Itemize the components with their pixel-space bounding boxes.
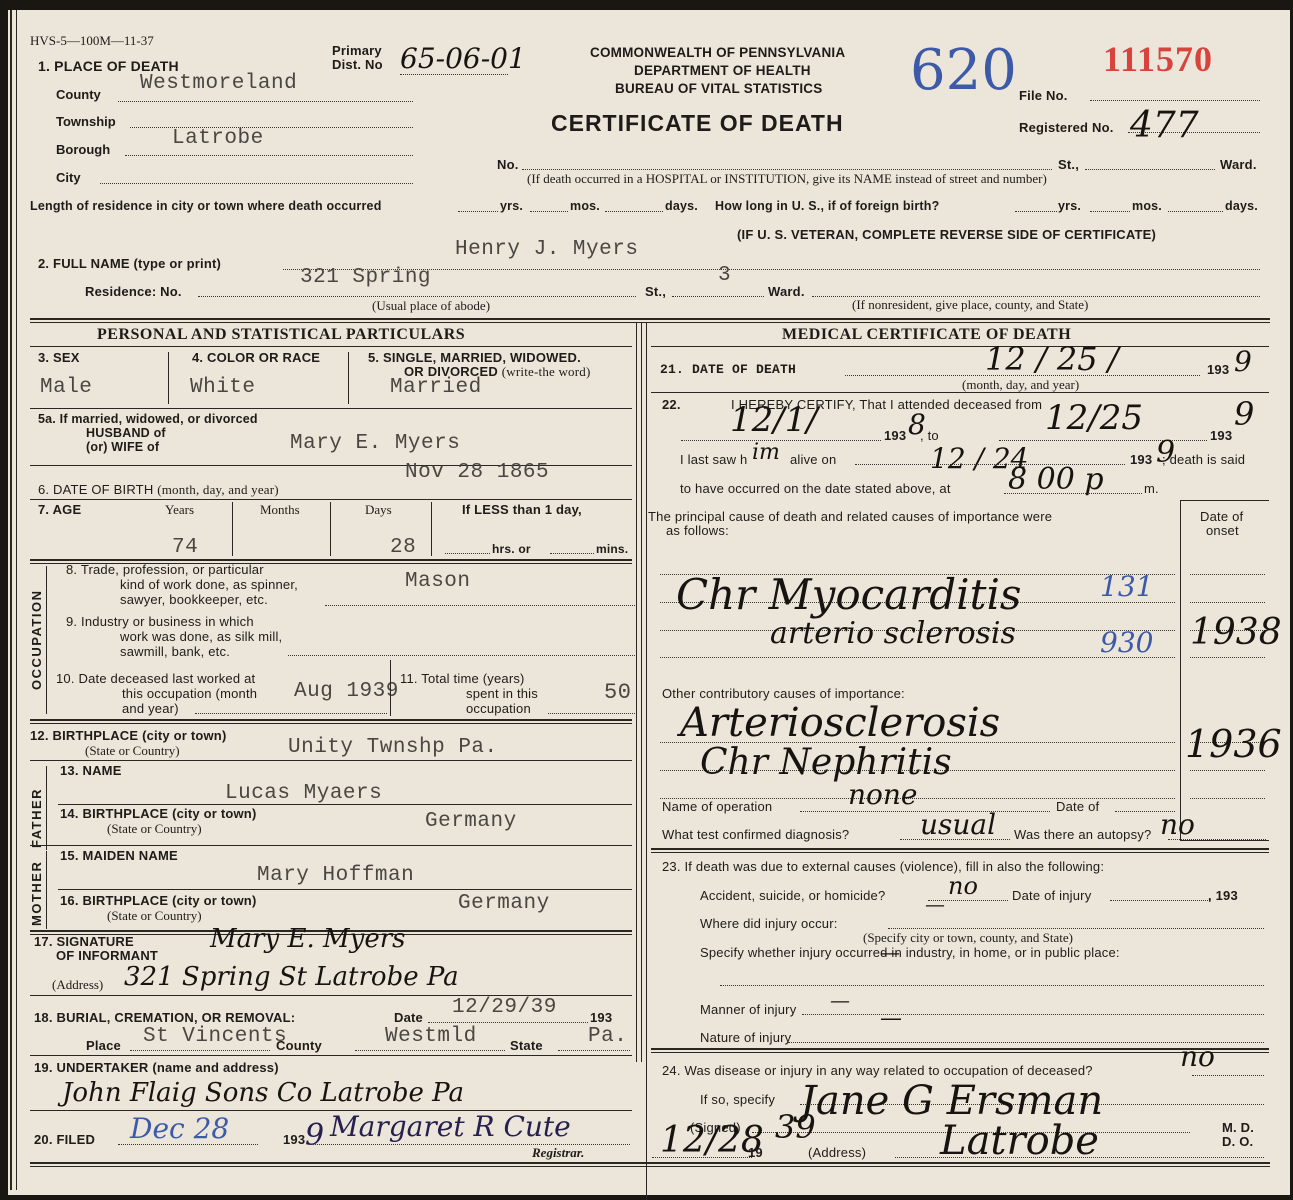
residence-ward-line bbox=[672, 296, 764, 297]
form-code: HVS-5—100M—11-37 bbox=[30, 33, 154, 49]
mother-birthplace-label: 16. BIRTHPLACE (city or town) bbox=[60, 893, 256, 908]
certify-number: 22. bbox=[662, 397, 681, 412]
onset-line-2 bbox=[1190, 602, 1265, 603]
res-days-line bbox=[605, 211, 663, 212]
industry-label: 9. Industry or business in which work wa… bbox=[66, 614, 282, 659]
cause-line-1-value: Chr Myocarditis bbox=[676, 570, 1021, 619]
father-side-label: FATHER bbox=[29, 788, 44, 848]
residence-value: 321 Spring bbox=[300, 266, 431, 289]
undertaker-label-text: 19. UNDERTAKER (name and address) bbox=[34, 1060, 279, 1075]
res-days-label: days. bbox=[665, 199, 698, 213]
from-year-prefix: 193 bbox=[884, 428, 906, 443]
death-said-label: ; death is said bbox=[1162, 452, 1245, 467]
rule bbox=[46, 766, 47, 850]
father-birthplace-label: 14. BIRTHPLACE (city or town) bbox=[60, 806, 256, 821]
burial-county-value: Westmld bbox=[385, 1025, 477, 1048]
trade-value: Mason bbox=[405, 570, 471, 593]
borough-label: Borough bbox=[56, 142, 110, 157]
residence-ward-label: Ward. bbox=[768, 284, 805, 299]
informant-label: 17. SIGNATURE OF INFORMANT bbox=[34, 935, 158, 963]
rule bbox=[651, 848, 1269, 853]
rule bbox=[390, 660, 391, 716]
rule bbox=[1180, 500, 1269, 501]
trade-label: 8. Trade, profession, or particular kind… bbox=[66, 562, 298, 607]
father-birthplace-label-2: (State or Country) bbox=[107, 821, 202, 837]
birthplace-label-1: 12. BIRTHPLACE (city or town) bbox=[30, 728, 226, 743]
nonresident-note: (If nonresident, give place, county, and… bbox=[852, 297, 1088, 313]
age-label: 7. AGE bbox=[38, 502, 81, 517]
husband-of-label: HUSBAND of bbox=[86, 426, 166, 440]
total-time-label: 11. Total time (years) spent in this occ… bbox=[400, 671, 538, 716]
mother-side-label: MOTHER bbox=[29, 861, 44, 926]
dob-label-text: 6. DATE OF BIRTH bbox=[38, 482, 153, 497]
age-days-label: Days bbox=[365, 502, 392, 518]
external-causes-label: 23. If death was due to external causes … bbox=[662, 859, 1104, 874]
res-mos-label: mos. bbox=[570, 199, 600, 213]
rule bbox=[30, 1055, 632, 1056]
residence-label: Residence: No. bbox=[85, 284, 182, 299]
onset-header-1: Date of bbox=[1200, 509, 1243, 524]
street-ward-label: Ward. bbox=[1220, 157, 1257, 172]
burial-date-label: Date bbox=[394, 1010, 423, 1025]
header-bureau: BUREAU OF VITAL STATISTICS bbox=[615, 81, 822, 96]
physician-address-label: (Address) bbox=[808, 1145, 866, 1160]
industry-label-1: 9. Industry or business in which bbox=[66, 614, 282, 629]
dob-label: 6. DATE OF BIRTH (month, day, and year) bbox=[38, 482, 279, 498]
street-no-label: No. bbox=[497, 157, 519, 172]
trade-label-2: kind of work done, as spinner, bbox=[66, 577, 298, 592]
specify-place-value: — bbox=[880, 940, 900, 964]
less-than-day-label: If LESS than 1 day, bbox=[462, 502, 582, 517]
county-value: Westmoreland bbox=[140, 72, 297, 95]
total-time-value: 50 bbox=[604, 680, 631, 705]
header-commonwealth: COMMONWEALTH OF PENNSYLVANIA bbox=[590, 45, 845, 60]
total-time-label-2: spent in this bbox=[400, 686, 538, 701]
rule bbox=[30, 346, 632, 347]
file-no-label: File No. bbox=[1019, 88, 1068, 103]
burial-county-label: County bbox=[276, 1038, 322, 1053]
birthplace-label-2: (State or Country) bbox=[85, 743, 180, 759]
spouse-label: 5a. If married, widowed, or divorced bbox=[38, 412, 258, 426]
cause-code-1: 131 bbox=[1100, 570, 1153, 603]
last-worked-label-1: 10. Date deceased last worked at bbox=[56, 671, 257, 686]
burial-place-value: St Vincents bbox=[143, 1025, 287, 1048]
test-value: usual bbox=[920, 808, 996, 841]
rule bbox=[30, 499, 632, 500]
last-worked-value: Aug 1939 bbox=[294, 680, 399, 703]
dod-year-suffix: 9 bbox=[1234, 345, 1252, 378]
occupation-related-value: no bbox=[1180, 1040, 1215, 1073]
veteran-note: (IF U. S. VETERAN, COMPLETE REVERSE SIDE… bbox=[737, 227, 1156, 242]
us-yrs-line bbox=[1015, 211, 1057, 212]
primary-label: Primary bbox=[332, 44, 383, 58]
dist-no-label: Dist. No bbox=[332, 58, 383, 72]
date-of-death-value: 12 / 25 / bbox=[985, 340, 1119, 378]
undertaker-label: 19. UNDERTAKER (name and address) bbox=[34, 1060, 279, 1075]
autopsy-label: Was there an autopsy? bbox=[1014, 827, 1151, 842]
attended-to-value: 12/25 bbox=[1045, 398, 1143, 438]
mother-birthplace-label-2: (State or Country) bbox=[107, 908, 202, 924]
column-divider-left bbox=[636, 322, 637, 1062]
sign-year-prefix: 19 bbox=[748, 1145, 763, 1160]
rule bbox=[30, 719, 632, 724]
contributory-onset-value: 1936 bbox=[1185, 722, 1282, 766]
burial-county-line bbox=[355, 1050, 505, 1051]
total-time-label-1: 11. Total time (years) bbox=[400, 671, 538, 686]
onset-column-divider bbox=[1180, 500, 1181, 840]
where-injury-label: Where did injury occur: bbox=[700, 916, 838, 931]
father-name-label: 13. NAME bbox=[60, 763, 122, 778]
injury-date-line bbox=[1110, 900, 1210, 901]
undertaker-signature: John Flaig Sons Co Latrobe Pa bbox=[62, 1078, 464, 1108]
age-years-label: Years bbox=[165, 502, 194, 518]
filed-year-suffix: 9 bbox=[305, 1118, 324, 1153]
specify-place-line bbox=[720, 985, 1264, 986]
operation-value: none bbox=[848, 778, 918, 811]
onset-line-4 bbox=[1190, 657, 1265, 658]
residence-line bbox=[198, 296, 636, 297]
residence-length-label: Length of residence in city or town wher… bbox=[30, 199, 382, 213]
res-yrs-label: yrs. bbox=[500, 199, 523, 213]
burial-date-value: 12/29/39 bbox=[452, 996, 557, 1019]
rule bbox=[58, 889, 632, 890]
rule bbox=[651, 346, 1269, 347]
total-time-line bbox=[548, 713, 635, 714]
dob-value: Nov 28 1865 bbox=[405, 461, 549, 484]
father-name-value: Lucas Myaers bbox=[225, 782, 382, 805]
dod-note: (month, day, and year) bbox=[962, 377, 1079, 393]
industry-line bbox=[288, 655, 635, 656]
trade-label-3: sawyer, bookkeeper, etc. bbox=[66, 592, 298, 607]
test-label: What test confirmed diagnosis? bbox=[662, 827, 849, 842]
dod-year-prefix: 193 bbox=[1207, 362, 1229, 377]
burial-label: 18. BURIAL, CREMATION, OR REMOVAL: bbox=[34, 1010, 295, 1025]
autopsy-value: no bbox=[1160, 808, 1195, 841]
manner-injury-label: Manner of injury bbox=[700, 1002, 796, 1017]
burial-state-line bbox=[558, 1050, 630, 1051]
marital-label: 5. SINGLE, MARRIED, WIDOWED. bbox=[368, 350, 581, 365]
burial-year-prefix: 193 bbox=[590, 1010, 612, 1025]
rule bbox=[431, 502, 432, 556]
column-divider-outer bbox=[646, 322, 647, 1200]
hrs-line bbox=[445, 553, 490, 554]
us-days-line bbox=[1168, 211, 1223, 212]
city-line bbox=[100, 183, 413, 184]
time-of-death-value: 8 00 p bbox=[1008, 462, 1104, 497]
cause-line-2-value: arterio sclerosis bbox=[770, 616, 1016, 651]
burial-place-line bbox=[130, 1050, 270, 1051]
rule bbox=[46, 851, 47, 929]
hrs-label: hrs. or bbox=[492, 542, 531, 556]
burial-date-line bbox=[428, 1022, 588, 1023]
file-no-line bbox=[1090, 100, 1260, 101]
trade-line bbox=[325, 605, 635, 606]
trade-label-1: 8. Trade, profession, or particular bbox=[66, 562, 298, 577]
operation-date-label: Date of bbox=[1056, 799, 1099, 814]
burial-state-label: State bbox=[510, 1038, 543, 1053]
last-worked-label: 10. Date deceased last worked at this oc… bbox=[56, 671, 257, 716]
city-label: City bbox=[56, 170, 81, 185]
informant-label-1: 17. SIGNATURE bbox=[34, 935, 158, 949]
occupation-side-label: OCCUPATION bbox=[29, 590, 44, 690]
birthplace-label: 12. BIRTHPLACE (city or town) bbox=[30, 728, 226, 743]
attended-from-line bbox=[681, 440, 881, 441]
accident-value: no bbox=[948, 872, 978, 900]
physician-address-value: Latrobe bbox=[940, 1118, 1099, 1164]
manner-injury-line bbox=[802, 1014, 1264, 1015]
borough-value: Latrobe bbox=[172, 127, 264, 150]
registrar-label: Registrar. bbox=[532, 1145, 584, 1161]
us-days-label: days. bbox=[1225, 199, 1258, 213]
us-yrs-label: yrs. bbox=[1058, 199, 1081, 213]
age-months-label: Months bbox=[260, 502, 300, 518]
sign-year-suffix: 39 bbox=[775, 1108, 816, 1146]
rule bbox=[30, 760, 632, 761]
filed-year-prefix: 193 bbox=[283, 1132, 305, 1147]
street-line bbox=[522, 169, 1052, 170]
full-name-label: 2. FULL NAME (type or print) bbox=[38, 256, 221, 271]
informant-label-2: OF INFORMANT bbox=[34, 949, 158, 963]
mother-name-label: 15. MAIDEN NAME bbox=[60, 848, 178, 863]
section-divider bbox=[30, 318, 1270, 323]
to-year-suffix: 9 bbox=[1234, 395, 1254, 433]
manner-injury-value: — bbox=[830, 988, 850, 1012]
dob-note: (month, day, and year) bbox=[157, 482, 279, 497]
race-label: 4. COLOR OR RACE bbox=[192, 350, 320, 365]
rule bbox=[651, 392, 1269, 393]
abode-note: (Usual place of abode) bbox=[372, 298, 490, 314]
contributory-line-1-value: Arteriosclerosis bbox=[680, 700, 1000, 746]
where-injury-line bbox=[888, 928, 1264, 929]
column-divider-right bbox=[641, 322, 642, 1062]
last-worked-label-2: this occupation (month bbox=[56, 686, 257, 701]
industry-label-3: sawmill, bank, etc. bbox=[66, 644, 282, 659]
rule bbox=[348, 352, 349, 404]
rule bbox=[30, 408, 632, 409]
rule bbox=[330, 502, 331, 556]
mins-label: mins. bbox=[596, 542, 628, 556]
primary-dist-label: Primary Dist. No bbox=[332, 44, 383, 72]
borough-line bbox=[125, 155, 413, 156]
to-label: , to bbox=[920, 428, 939, 443]
md-label: M. D. bbox=[1222, 1120, 1254, 1135]
contributory-label: Other contributory causes of importance: bbox=[662, 686, 905, 701]
marital-value: Married bbox=[390, 376, 482, 399]
date-of-death-label: 21. DATE OF DEATH bbox=[660, 362, 796, 377]
county-line bbox=[118, 101, 413, 102]
occupation-related-label: 24. Was disease or injury in any way rel… bbox=[662, 1063, 1093, 1078]
do-label: D. O. bbox=[1222, 1134, 1253, 1149]
blue-annotation-number: 620 bbox=[910, 38, 1017, 103]
rule bbox=[58, 804, 632, 805]
mother-birthplace-value: Germany bbox=[458, 892, 550, 915]
informant-signature: Mary E. Myers bbox=[210, 924, 405, 954]
cause-label-2: as follows: bbox=[666, 523, 729, 538]
left-border bbox=[10, 10, 17, 1190]
us-mos-label: mos. bbox=[1132, 199, 1162, 213]
sex-value: Male bbox=[40, 376, 92, 399]
county-label: County bbox=[56, 87, 101, 102]
full-name-value: Henry J. Myers bbox=[455, 238, 638, 261]
us-mos-line bbox=[1090, 211, 1130, 212]
age-days-value: 28 bbox=[390, 536, 416, 559]
race-value: White bbox=[190, 376, 256, 399]
header-department: DEPARTMENT OF HEALTH bbox=[634, 63, 811, 78]
onset-line-1 bbox=[1190, 574, 1265, 575]
alive-on-label: alive on bbox=[790, 452, 836, 467]
primary-dist-value: 65-06-01 bbox=[400, 42, 526, 75]
contrib-onset-line-2 bbox=[1190, 770, 1265, 771]
res-mos-line bbox=[530, 211, 568, 212]
registered-no-label: Registered No. bbox=[1019, 120, 1114, 135]
filed-label: 20. FILED bbox=[34, 1132, 95, 1147]
last-worked-line bbox=[195, 713, 387, 714]
total-time-label-3: occupation bbox=[400, 701, 538, 716]
mother-name-value: Mary Hoffman bbox=[257, 864, 414, 887]
filed-date-value: Dec 28 bbox=[130, 1112, 229, 1145]
township-label: Township bbox=[56, 114, 116, 129]
injury-year-prefix: , 193 bbox=[1208, 888, 1238, 903]
ward-line bbox=[1085, 169, 1215, 170]
industry-label-2: work was done, as silk mill, bbox=[66, 629, 282, 644]
cause-code-2: 930 bbox=[1100, 626, 1153, 659]
personal-heading: PERSONAL AND STATISTICAL PARTICULARS bbox=[97, 326, 465, 344]
attended-from-value: 12/1/ bbox=[730, 400, 818, 440]
res-yrs-line bbox=[458, 211, 498, 212]
registrar-signature: Margaret R Cute bbox=[330, 1110, 571, 1143]
address-label: (Address) bbox=[52, 977, 103, 993]
father-birthplace-value: Germany bbox=[425, 810, 517, 833]
rule bbox=[46, 566, 47, 714]
certificate-stamp-number: 111570 bbox=[1103, 38, 1213, 80]
if-so-specify-label: If so, specify bbox=[700, 1092, 775, 1107]
specify-place-label: Specify whether injury occurred in indus… bbox=[700, 945, 1120, 960]
certificate-title: CERTIFICATE OF DEATH bbox=[551, 110, 844, 137]
rule bbox=[168, 352, 169, 404]
to-year-prefix: 193 bbox=[1210, 428, 1232, 443]
contributory-line-2-value: Chr Nephritis bbox=[700, 742, 952, 783]
cause-line-4 bbox=[660, 657, 1175, 658]
occurred-label: to have occurred on the date stated abov… bbox=[680, 481, 951, 496]
cause-onset-value: 1938 bbox=[1190, 612, 1282, 653]
m-label: m. bbox=[1144, 481, 1159, 496]
nature-injury-label: Nature of injury bbox=[700, 1030, 791, 1045]
contrib-onset-line-3 bbox=[1190, 798, 1265, 799]
onset-header-2: onset bbox=[1206, 523, 1239, 538]
spouse-value: Mary E. Myers bbox=[290, 432, 460, 455]
accident-label: Accident, suicide, or homicide? bbox=[700, 888, 885, 903]
sex-label: 3. SEX bbox=[38, 350, 80, 365]
informant-address: 321 Spring St Latrobe Pa bbox=[124, 962, 459, 992]
birthplace-value: Unity Twnshp Pa. bbox=[288, 736, 498, 759]
cause-label: The principal cause of death and related… bbox=[648, 509, 1052, 524]
rule bbox=[232, 502, 233, 556]
nature-injury-value: — bbox=[880, 1006, 902, 1031]
foreign-birth-label: How long in U. S., if of foreign birth? bbox=[715, 199, 939, 213]
last-saw-him: im bbox=[752, 440, 780, 465]
residence-ward-value: 3 bbox=[718, 264, 731, 287]
registered-no-value: 477 bbox=[1130, 105, 1199, 146]
operation-label: Name of operation bbox=[662, 799, 772, 814]
hospital-note: (If death occurred in a HOSPITAL or INST… bbox=[527, 171, 1047, 187]
rule bbox=[651, 1048, 1269, 1053]
residence-st-label: St., bbox=[645, 284, 666, 299]
last-saw-label: I last saw h bbox=[680, 452, 747, 467]
street-st-label: St., bbox=[1058, 157, 1079, 172]
age-years-value: 74 bbox=[172, 536, 198, 559]
injury-date-label: Date of injury bbox=[1012, 888, 1091, 903]
burial-place-label: Place bbox=[86, 1038, 121, 1053]
where-injury-value: — bbox=[925, 892, 945, 916]
occupation-related-line bbox=[1192, 1075, 1264, 1076]
last-saw-year-prefix: 193 bbox=[1130, 452, 1152, 467]
mins-line bbox=[550, 553, 594, 554]
rule bbox=[30, 845, 632, 846]
marital-note: (write-the word) bbox=[502, 364, 591, 379]
burial-state-value: Pa. bbox=[588, 1025, 627, 1048]
attended-to-line bbox=[999, 440, 1207, 441]
wife-of-label: (or) WIFE of bbox=[86, 440, 159, 454]
